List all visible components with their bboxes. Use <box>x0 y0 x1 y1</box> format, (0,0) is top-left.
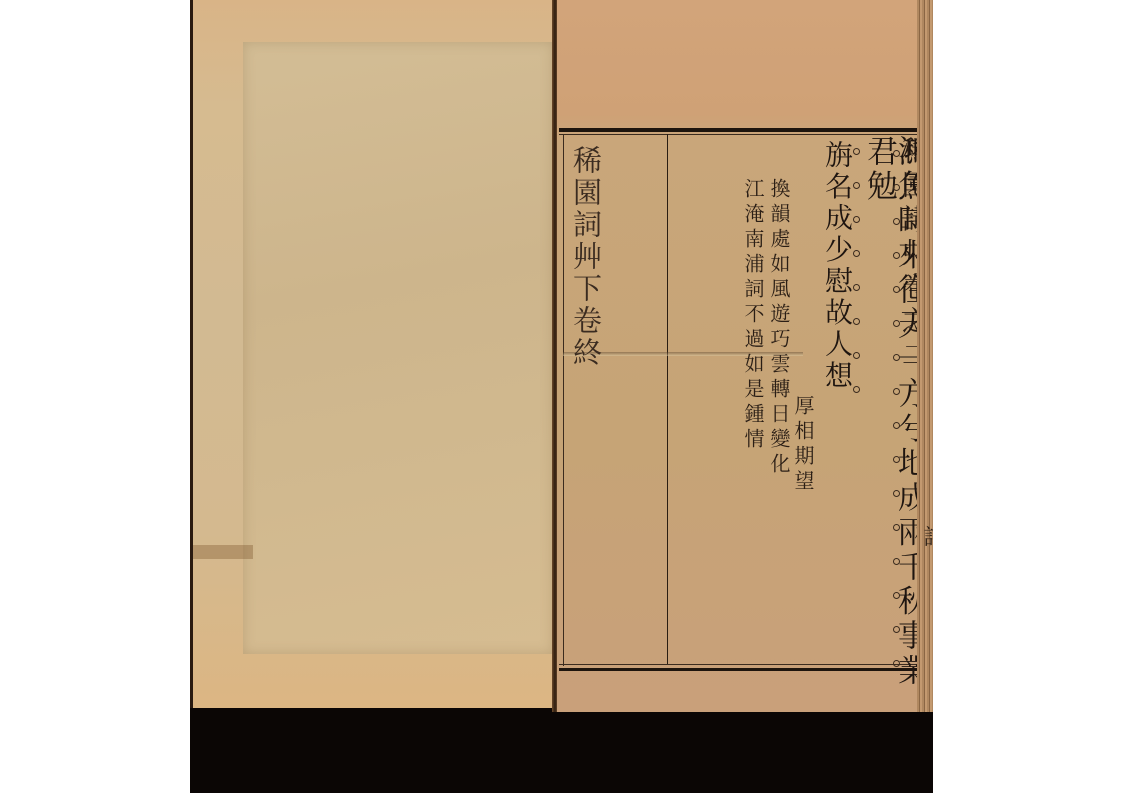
right-page: 稀園詞艸下卷終 稀園詞艸卷之二 鴻魚時來往天一方兮地成兩千秋事業君勉 旃名成少慰… <box>557 0 919 712</box>
annotation-line-2: 換韻處如風遊巧雲轉日變化 <box>769 178 789 478</box>
punctuation-circles-line-2 <box>853 148 863 420</box>
frame-top-border <box>559 128 917 132</box>
punctuation-circles-line-1 <box>893 150 903 694</box>
left-page-blank-flyleaf <box>190 0 557 708</box>
annotation-line-1: 厚相期望 <box>793 395 813 495</box>
main-text-line-2: 旃名成少慰故人想 <box>823 140 851 392</box>
fore-edge-mark: 詞 <box>917 525 933 547</box>
frame-left-border <box>563 134 564 666</box>
page-fore-edge <box>917 0 933 712</box>
flyleaf-sheet <box>243 42 553 654</box>
colophon-end-of-volume: 稀園詞艸下卷終 <box>571 145 600 369</box>
book-scan: 稀園詞艸下卷終 稀園詞艸卷之二 鴻魚時來往天一方兮地成兩千秋事業君勉 旃名成少慰… <box>190 0 933 793</box>
annotation-line-4: 江淹南浦詞不過如是鍾情 <box>743 178 763 453</box>
paper-crease <box>193 545 253 559</box>
column-rule <box>667 134 668 664</box>
